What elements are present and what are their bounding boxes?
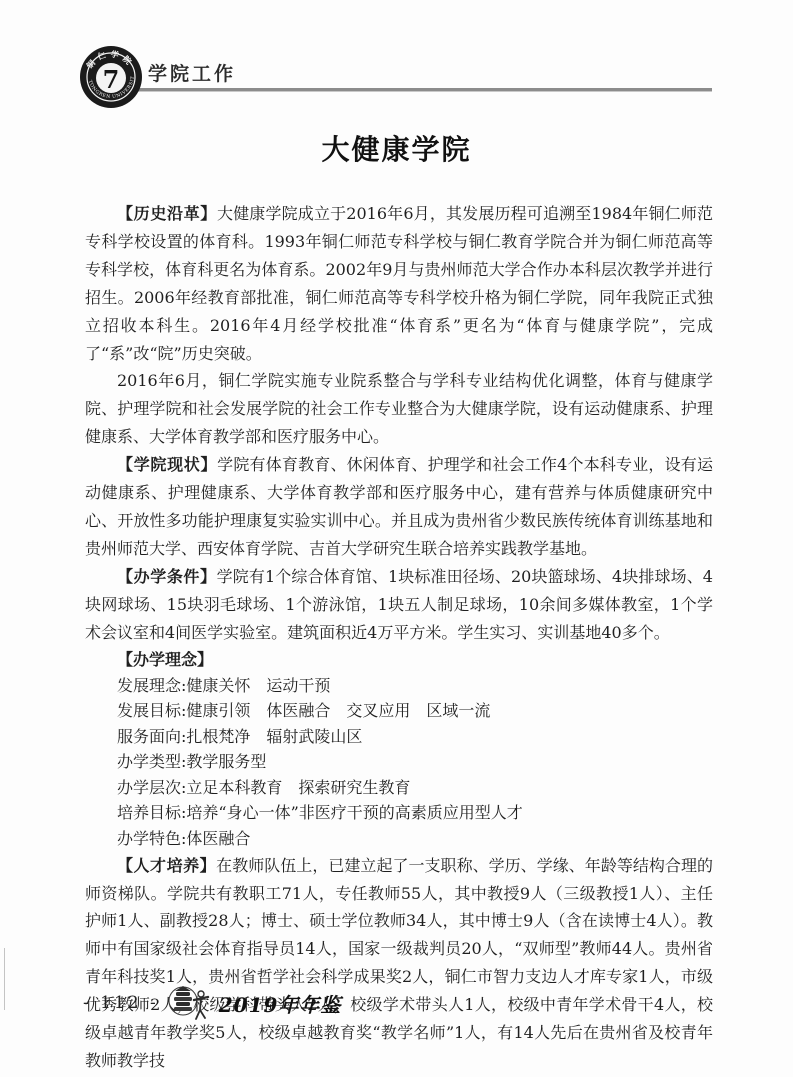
paragraph-history-2: 2016年6月，铜仁学院实施专业院系整合与学科专业结构优化调整，体育与健康学院、… — [85, 367, 713, 451]
scan-artifact-line — [4, 948, 5, 1010]
paragraph-history: 【历史沿革】大健康学院成立于2016年6月，其发展历程可追溯至1984年铜仁师范… — [85, 200, 713, 367]
philosophy-list: 发展理念:健康关怀 运动干预 发展目标:健康引领 体医融合 交叉应用 区域一流 … — [85, 673, 713, 852]
university-seal-icon: 铜仁学院 TONGREN UNIVERSITY 7 — [79, 45, 143, 109]
paragraph-status: 【学院现状】学院有体育教育、休闲体育、护理学和社会工作4个本科专业，设有运动健康… — [85, 451, 713, 563]
seal-center-glyph: 7 — [103, 65, 120, 94]
philosophy-item: 发展目标:健康引领 体医融合 交叉应用 区域一流 — [85, 698, 713, 724]
paragraph-facilities: 【办学条件】学院有1个综合体育馆、1块标准田径场、20块篮球场、4块排球场、4块… — [85, 563, 713, 647]
paragraph-label: 【人才培养】 — [117, 856, 216, 875]
paragraph-text: 在教师队伍上，已建立起了一支职称、学历、学缘、年龄等结构合理的师资梯队。学院共有… — [85, 856, 713, 1070]
paragraph-talent: 【人才培养】在教师队伍上，已建立起了一支职称、学历、学缘、年龄等结构合理的师资梯… — [85, 852, 713, 1075]
page-title: 大健康学院 — [0, 128, 793, 168]
philosophy-item: 办学类型:教学服务型 — [85, 749, 713, 775]
philosophy-heading: 【办学理念】 — [85, 647, 713, 673]
page-footer: - 112 - 2019年年鉴 — [83, 983, 341, 1023]
philosophy-item: 服务面向:扎根梵净 辐射武陵山区 — [85, 724, 713, 750]
yearbook-mascot-icon — [168, 983, 210, 1023]
paragraph-label: 【学院现状】 — [117, 455, 217, 474]
yearbook-title: 2019年年鉴 — [219, 989, 342, 1018]
philosophy-item: 发展理念:健康关怀 运动干预 — [85, 673, 713, 699]
paragraph-label: 【办学条件】 — [117, 567, 217, 586]
section-label: 学院工作 — [148, 59, 236, 86]
philosophy-item: 培养目标:培养“身心一体”非医疗干预的高素质应用型人才 — [85, 800, 713, 826]
header-divider — [115, 88, 712, 92]
yearbook-page: 铜仁学院 TONGREN UNIVERSITY 7 学院工作 大健康学院 【历史… — [0, 0, 793, 1077]
paragraph-text: 2016年6月，铜仁学院实施专业院系整合与学科专业结构优化调整，体育与健康学院、… — [85, 371, 713, 446]
paragraph-label: 【历史沿革】 — [117, 204, 217, 223]
philosophy-item: 办学层次:立足本科教育 探索研究生教育 — [85, 775, 713, 801]
page-number: - 112 - — [83, 993, 159, 1013]
paragraph-text: 大健康学院成立于2016年6月，其发展历程可追溯至1984年铜仁师范专科学校设置… — [85, 204, 713, 363]
philosophy-item: 办学特色:体医融合 — [85, 826, 713, 852]
article-body: 【历史沿革】大健康学院成立于2016年6月，其发展历程可追溯至1984年铜仁师范… — [85, 200, 713, 1075]
